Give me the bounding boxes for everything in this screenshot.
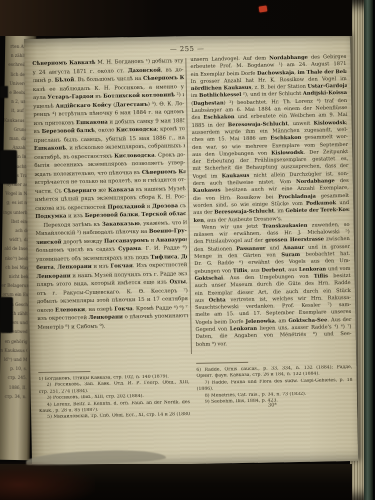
- text-line: lbst eine: [2, 217, 29, 227]
- footnote-rule: [38, 371, 90, 373]
- book-page: — 255 — Сѣверномъ Кавказѣ М. Н. Богданов…: [24, 33, 358, 467]
- book-photo: rten Arbein zählt mieschreibunlich der U…: [0, 0, 375, 500]
- facing-page-dark-mark: [0, 86, 8, 98]
- text-line: стр. 245.: [0, 373, 27, 383]
- text-line: ings unterbr: [2, 207, 29, 217]
- text-line: n Kaukasus G: [0, 345, 27, 355]
- bottom-left-cover-tint: [0, 462, 95, 500]
- text-line: ch bei May: [2, 263, 29, 273]
- footnote-rule: [196, 362, 248, 364]
- text-line: bohm ⁹) vor.: [196, 339, 352, 349]
- facing-page-dark-block: [0, 150, 17, 184]
- right-column-german: unsern Landvogel. Auf dem Nordabhange de…: [190, 54, 352, 349]
- text-line: ach de: [2, 226, 29, 236]
- text-line: nicht bek: [1, 272, 28, 282]
- facing-page-dark-block: [0, 297, 13, 333]
- red-mark: [259, 5, 268, 12]
- left-footnotes: 1) Богдановъ, Птицы Кавказа, стр. 102, n…: [38, 374, 190, 422]
- right-footnotes: 6) Radde, Ornis caucas., p. 33, 334, n. …: [196, 365, 353, 406]
- text-line: p. 10, s.: [0, 364, 27, 374]
- text-line: en gehörig: [0, 336, 27, 346]
- book-cover-edge: [364, 0, 373, 500]
- text-line: 1886, II.: [0, 382, 27, 392]
- text-line: g; es ist nu: [3, 198, 30, 208]
- text-line: er Belagerung: [1, 281, 28, 291]
- text-line: ald de Insel: [2, 244, 29, 254]
- text-line: ld'⁹) und M: [0, 355, 27, 365]
- left-column-russian: Сѣверномъ Кавказѣ М. Н. Богдановъ ¹) доб…: [32, 57, 188, 332]
- signature-mark: 30*: [268, 402, 277, 408]
- text-line: nko'⁹) beob: [2, 253, 29, 263]
- text-line: стр. 34, n.: [0, 391, 27, 401]
- photo-top-strip: [0, 0, 352, 36]
- text-line: widt'), da: [2, 235, 29, 245]
